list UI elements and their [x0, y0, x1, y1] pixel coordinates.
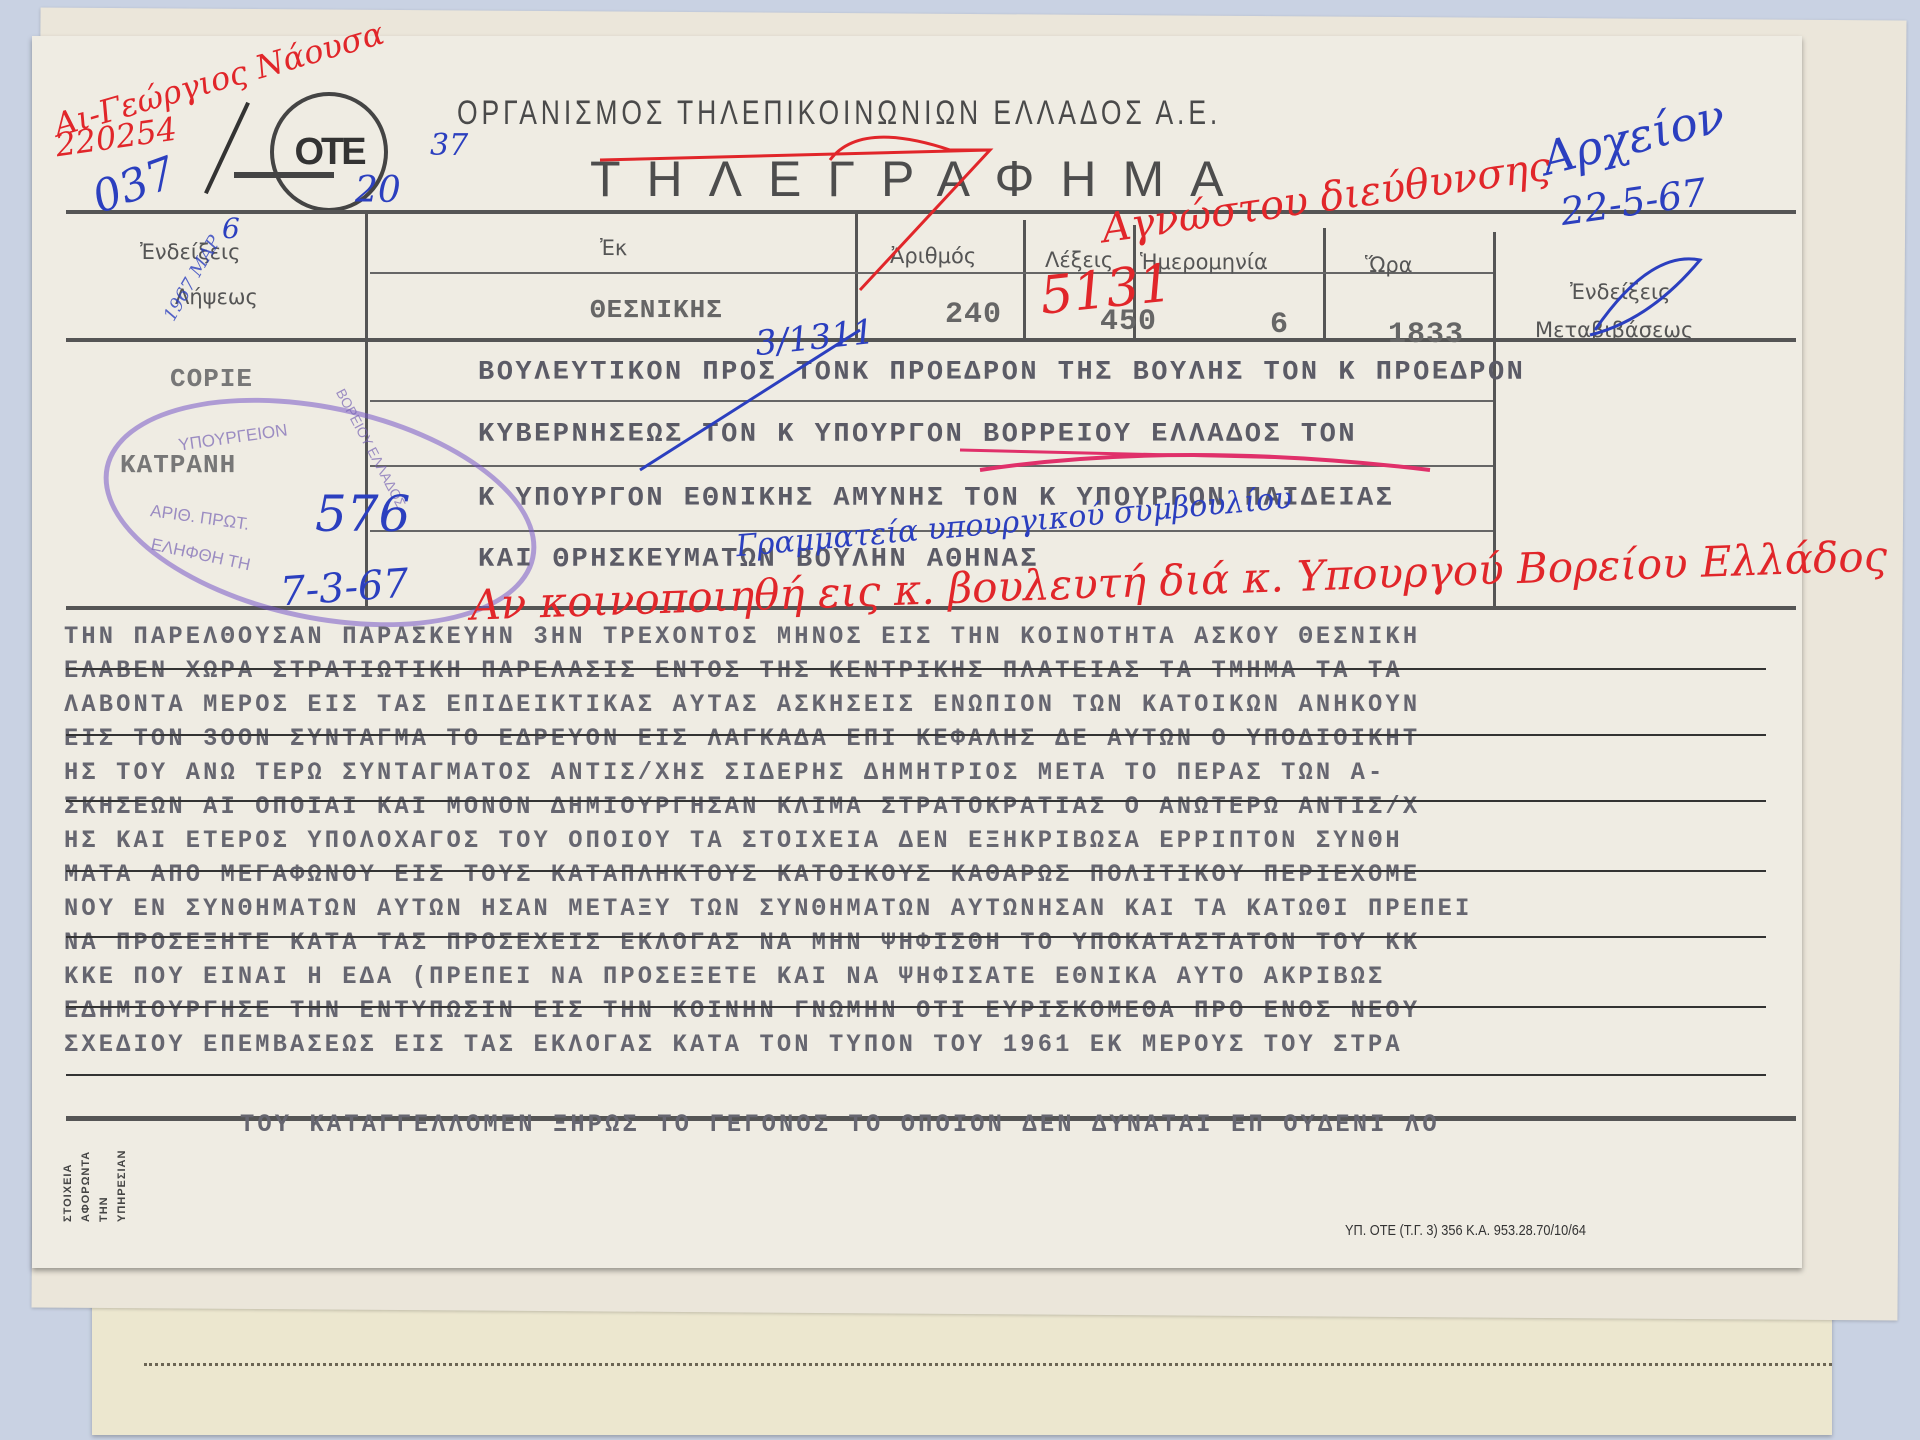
annotation-strokes-icon: [0, 0, 1920, 1440]
